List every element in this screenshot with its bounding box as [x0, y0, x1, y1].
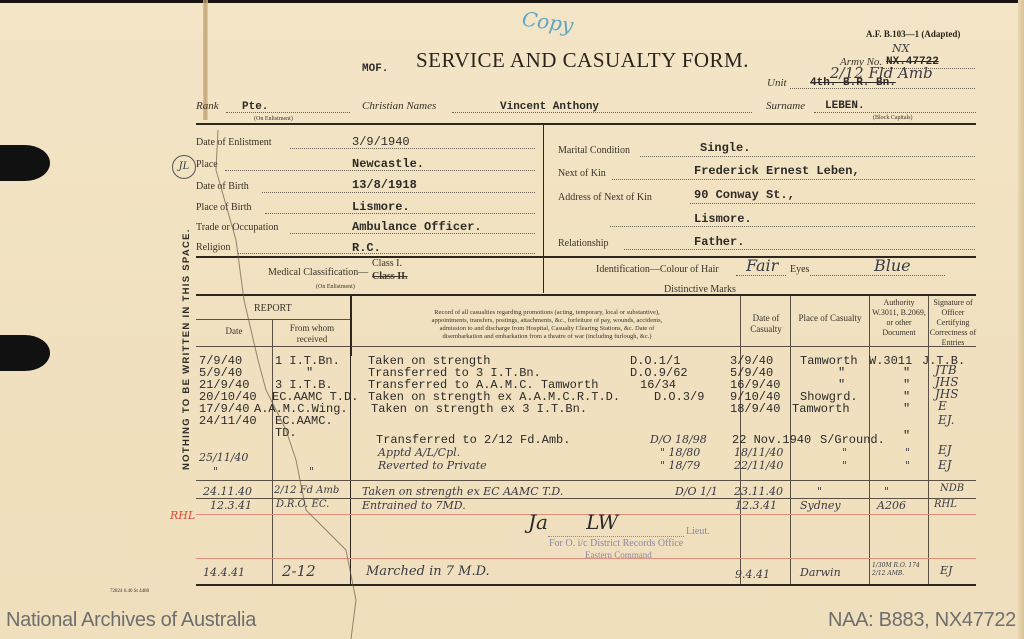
- col-header-place: Place of Casualty: [791, 313, 869, 324]
- punch-hole-bottom: [0, 335, 50, 371]
- copy-annotation: Copy: [521, 7, 575, 38]
- hair-value: Fair: [746, 256, 778, 275]
- surname-note: (Block Capitals): [873, 115, 913, 121]
- row-signature: RHL: [934, 499, 957, 510]
- initials-circle: JL: [172, 155, 196, 179]
- row-authority: ": [903, 403, 910, 415]
- row-ref: " 18/80: [660, 446, 700, 459]
- row-date-casualty: 9.4.41: [735, 568, 770, 581]
- row-record: Transferred to 2/12 Fd.Amb.: [376, 434, 570, 446]
- row-authority: ": [905, 459, 910, 472]
- eyes-value: Blue: [874, 256, 911, 275]
- document-page: Copy A.F. B.103—1 (Adapted) MOF. SERVICE…: [0, 0, 1024, 639]
- surname-line: [814, 112, 976, 113]
- row-place: Sydney: [800, 499, 841, 512]
- side-warning-text: NOTHING TO BE WRITTEN IN THIS SPACE.: [181, 228, 192, 470]
- stamp-line: [548, 536, 684, 537]
- hair-line: [736, 275, 786, 276]
- row-date-casualty: 18/11/40: [734, 446, 783, 459]
- col-header-record: Record of all casualties regarding promo…: [356, 309, 738, 341]
- army-no-correction: NX: [892, 42, 909, 55]
- medical-class-struck: Class II.: [372, 271, 408, 282]
- scan-right-edge: [1018, 0, 1024, 639]
- field-line: [690, 203, 975, 204]
- row-place: ": [842, 459, 847, 472]
- unit-label: Unit: [767, 77, 787, 89]
- rank-label: Rank: [196, 100, 219, 112]
- row-place: Tamworth: [792, 403, 850, 415]
- rule-under-names: [196, 123, 976, 125]
- row-date-casualty: 22/11/40: [734, 459, 783, 472]
- field-line: [612, 179, 975, 180]
- row-record: Apptd A/L/Cpl.: [378, 446, 460, 459]
- stamp-rank: Lieut.: [686, 526, 710, 537]
- col-header-authority: Authority W.3011, B.2069, or other Docum…: [870, 298, 928, 338]
- row-place: ": [842, 446, 847, 459]
- row-authority: 1/30M R.O. 174 2/12 AMB.: [872, 562, 928, 578]
- surname-label: Surname: [766, 100, 805, 112]
- nok-address-label: Address of Next of Kin: [558, 192, 652, 203]
- row-date-casualty: 12.3.41: [735, 499, 777, 512]
- christian-names-value: Vincent Anthony: [500, 101, 599, 113]
- nok-address-value: 90 Conway St.,: [694, 188, 795, 202]
- christian-names-label: Christian Names: [362, 100, 436, 112]
- archive-name: National Archives of Australia: [6, 609, 256, 632]
- center-divider: [543, 125, 544, 293]
- row-ref: D/O 1/1: [675, 485, 718, 498]
- row-place: Tamworth: [800, 355, 858, 367]
- row-place: Darwin: [800, 566, 841, 579]
- eyes-label: Eyes: [790, 264, 809, 275]
- row-signature: E: [938, 399, 947, 413]
- next-of-kin-label: Next of Kin: [558, 168, 606, 179]
- record-header-line: disembarkation and embarkation from a th…: [356, 333, 738, 341]
- row-ref: D/O 18/98: [650, 433, 707, 446]
- form-title: SERVICE AND CASUALTY FORM.: [416, 48, 749, 73]
- marital-value: Single.: [700, 141, 750, 155]
- record-header-line: appointments, transfers, postings, attac…: [356, 317, 738, 325]
- row-signature: NDB: [940, 483, 964, 494]
- christian-names-line: [452, 112, 752, 113]
- row-authority: ": [905, 446, 910, 459]
- row-record: Entrained to 7MD.: [362, 499, 466, 512]
- rank-value: Pte.: [242, 101, 268, 113]
- relationship-label: Relationship: [558, 238, 609, 249]
- row-record: Taken on strength ex EC AAMC T.D.: [362, 485, 563, 498]
- scan-top-edge: [0, 0, 1024, 3]
- row-ref: D.O.3/9: [654, 391, 704, 403]
- stamp-line1: For O. i/c District Records Office: [549, 538, 683, 549]
- row-place: ": [817, 485, 822, 498]
- row-record: Reverted to Private: [378, 459, 487, 472]
- record-header-line: admission to and discharge from Hospital…: [356, 325, 738, 333]
- col-header-date-casualty: Date of Casualty: [741, 313, 791, 335]
- field-line: [640, 156, 975, 157]
- form-code: A.F. B.103—1 (Adapted): [866, 29, 960, 39]
- row-signature: EJ: [938, 443, 952, 457]
- row-signature: EJ: [938, 458, 952, 472]
- row-record: Marched in 7 M.D.: [366, 564, 490, 579]
- next-of-kin-value: Frederick Ernest Leben,: [694, 164, 860, 178]
- surname-value: LEBEN.: [825, 100, 865, 112]
- print-code: 72824 6.40 St 4480: [110, 589, 149, 594]
- row-signature: EJ: [940, 564, 952, 577]
- row-signature: EJ.: [938, 413, 954, 427]
- stamp-signature: Ja LW: [528, 510, 618, 534]
- field-line: [610, 226, 975, 227]
- row-ref: " 18/79: [660, 459, 700, 472]
- row-record: Taken on strength ex 3 I.T.Bn.: [371, 403, 587, 415]
- row-authority: ": [884, 485, 889, 498]
- punch-hole-top: [0, 145, 50, 181]
- row-date-casualty: 22 Nov.1940: [732, 434, 811, 446]
- col-header-signature: Signature of Officer Certifying Correctn…: [929, 298, 977, 348]
- rank-note: (On Enlistment): [254, 116, 293, 122]
- row-date-casualty: 23.11.40: [734, 485, 783, 498]
- row-authority: A206: [877, 499, 906, 512]
- margin-initials: RHL: [170, 509, 195, 522]
- paper-tear-line: [196, 130, 376, 639]
- marital-label: Marital Condition: [558, 145, 630, 156]
- medical-class-value: Class I.: [372, 258, 402, 269]
- hair-label: Identification—Colour of Hair: [596, 264, 719, 275]
- mof-label: MOF.: [362, 63, 388, 75]
- archive-reference: NAA: B883, NX47722: [828, 609, 1016, 632]
- record-header-line: Record of all casualties regarding promo…: [356, 309, 738, 317]
- row-place: S/Ground.: [820, 434, 885, 446]
- relationship-value: Father.: [694, 235, 744, 249]
- unit-correction: 2/12 Fld Amb: [830, 64, 933, 82]
- row-authority: ": [903, 430, 910, 442]
- field-line: [624, 249, 975, 250]
- nok-address-line2: Lismore.: [694, 212, 752, 226]
- eyes-line: [810, 275, 945, 276]
- row-date-casualty: 18/9/40: [730, 403, 780, 415]
